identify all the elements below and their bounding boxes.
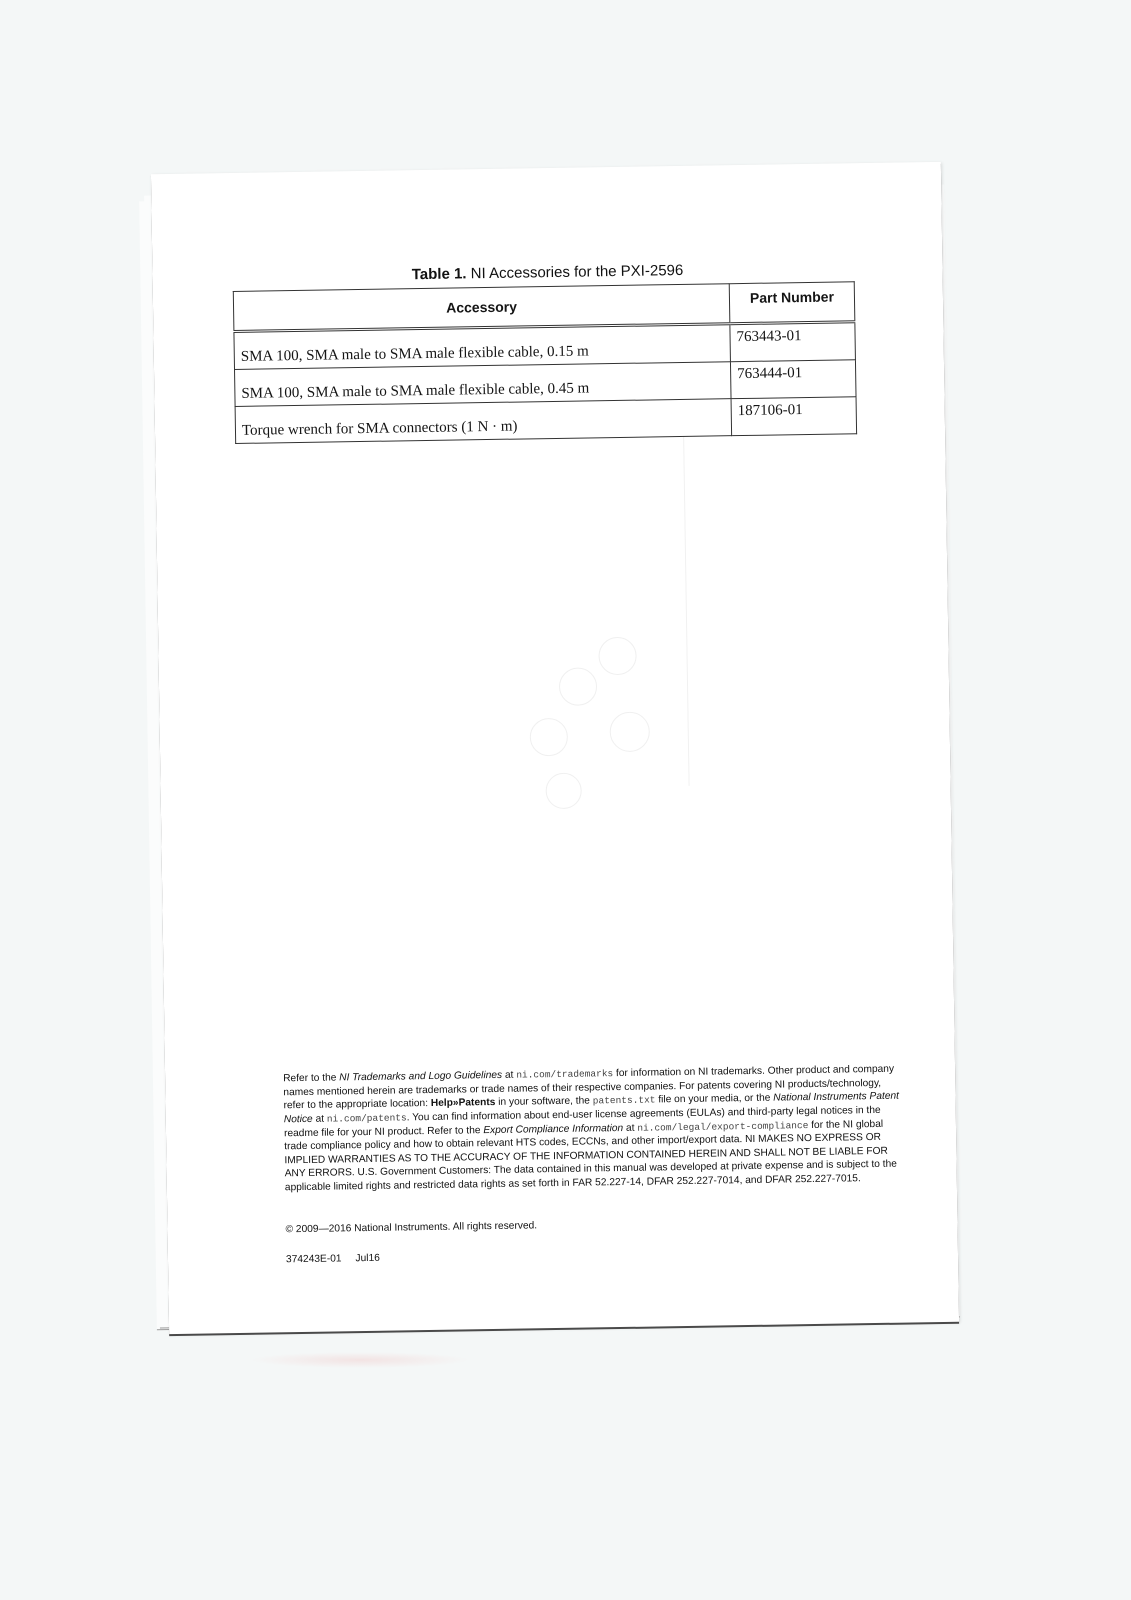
document-id: 374243E-01Jul16 [286, 1253, 380, 1265]
show-through-connector [545, 773, 582, 810]
table-caption-label: Table 1. [412, 265, 467, 283]
show-through-connector [598, 637, 637, 676]
accessories-table: Accessory Part Number SMA 100, SMA male … [233, 281, 857, 444]
export-compliance-title: Export Compliance Information [483, 1123, 623, 1136]
show-through-connector [559, 667, 598, 706]
part-number-id: 374243E-01 [286, 1253, 342, 1265]
trademark-guidelines-title: NI Trademarks and Logo Guidelines [339, 1070, 502, 1084]
patents-url: ni.com/patents [327, 1112, 407, 1124]
table-caption-text: NI Accessories for the PXI-2596 [466, 262, 683, 282]
column-header-part-number: Part Number [729, 282, 855, 324]
legal-notice: Refer to the NI Trademarks and Logo Guid… [283, 1063, 905, 1195]
accessory-cell: Torque wrench for SMA connectors (1 N · … [235, 399, 732, 444]
trademarks-url: ni.com/trademarks [516, 1068, 613, 1081]
show-through-line [683, 436, 689, 786]
background-stain [250, 1352, 470, 1368]
document-page: Table 1. NI Accessories for the PXI-2596… [151, 162, 959, 1334]
part-number-cell: 763444-01 [730, 360, 856, 399]
patents-file-name: patents.txt [593, 1095, 656, 1107]
show-through-connector [530, 718, 569, 757]
revision-date: Jul16 [355, 1253, 380, 1264]
part-number-cell: 763443-01 [730, 322, 856, 362]
copyright-notice: © 2009—2016 National Instruments. All ri… [285, 1220, 537, 1235]
show-through-connector [609, 712, 650, 753]
export-compliance-url: ni.com/legal/export-compliance [637, 1120, 808, 1134]
help-patents-menu-path: Help»Patents [431, 1097, 496, 1109]
part-number-cell: 187106-01 [731, 397, 857, 436]
